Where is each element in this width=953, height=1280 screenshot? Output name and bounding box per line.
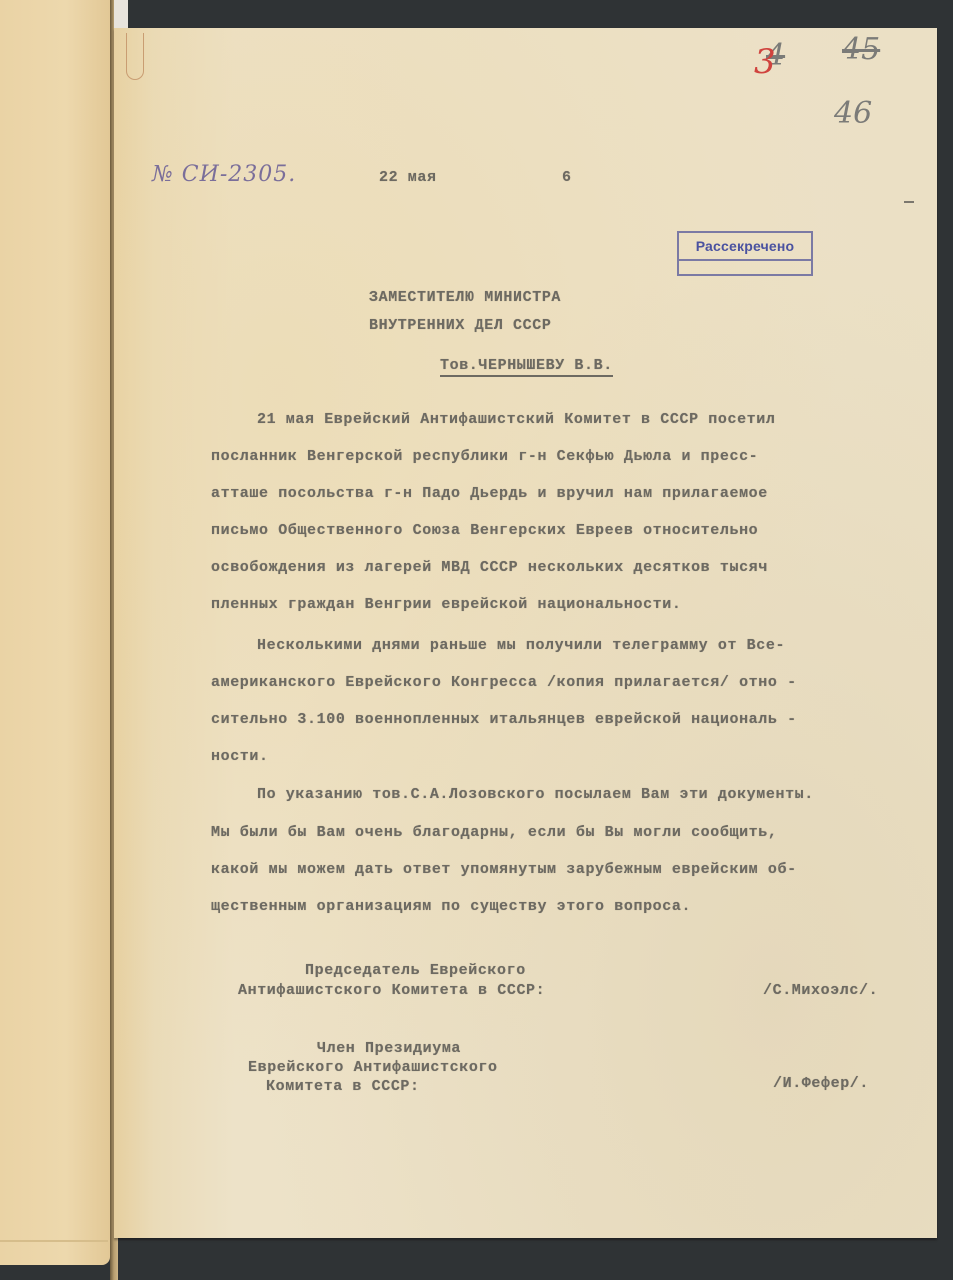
body-line: щественным организациям по существу этог… — [211, 898, 691, 915]
addressee-line-1: ЗАМЕСТИТЕЛЮ МИНИСТРА — [369, 289, 561, 306]
signatory-name: /И.Фефер/. — [773, 1075, 869, 1092]
document-date: 22 мая — [379, 169, 437, 186]
scanned-archive-page: 4 3 45 46 № СИ-2305. 22 мая 6 Рассекрече… — [0, 0, 953, 1280]
body-line: письмо Общественного Союза Венгерских Ев… — [211, 522, 758, 539]
reference-number: № СИ-2305. — [152, 162, 296, 187]
signatory-title-line: Комитета в СССР: — [266, 1078, 420, 1095]
body-line: ности. — [211, 748, 269, 765]
stamp-label: Рассекречено — [679, 233, 811, 261]
signatory-title-line: Еврейского Антифашистского — [248, 1059, 498, 1076]
signatory-title-line: Антифашистского Комитета в СССР: — [238, 982, 545, 999]
declassified-stamp: Рассекречено — [677, 231, 813, 276]
stamp-blank-field — [679, 261, 811, 276]
addressee-line-2: ВНУТРЕННИХ ДЕЛ СССР — [369, 317, 551, 334]
binder-clip — [114, 0, 128, 30]
body-line: посланник Венгерской республики г-н Секф… — [211, 448, 758, 465]
red-pencil-folio-number: 3 — [754, 42, 776, 82]
signatory-name: /С.Михоэлс/. — [763, 982, 878, 999]
body-line: Несколькими днями раньше мы получили тел… — [257, 637, 785, 654]
folio-page-number: 46 — [834, 96, 872, 131]
binding-thread — [126, 33, 144, 80]
body-line: пленных граждан Венгрии еврейской национ… — [211, 596, 681, 613]
document-sheet: 4 3 45 46 № СИ-2305. 22 мая 6 Рассекрече… — [114, 28, 937, 1238]
body-line: 21 мая Еврейский Антифашистский Комитет … — [257, 411, 775, 428]
signatory-title-line: Председатель Еврейского — [305, 962, 526, 979]
margin-mark — [904, 201, 914, 203]
body-line: атташе посольства г-н Падо Дьердь и вруч… — [211, 485, 768, 502]
sheet-edge-line — [0, 1240, 108, 1242]
body-line: американского Еврейского Конгресса /копи… — [211, 674, 797, 691]
body-line: освобождения из лагерей МВД СССР несколь… — [211, 559, 768, 576]
document-year-digit: 6 — [562, 169, 572, 186]
body-line: По указанию тов.С.А.Лозовского посылаем … — [257, 786, 814, 803]
body-line: какой мы можем дать ответ упомянутым зар… — [211, 861, 797, 878]
body-line: Мы были бы Вам очень благодарны, если бы… — [211, 824, 778, 841]
struck-folio-number-2: 45 — [842, 32, 880, 67]
signatory-title-line: Член Президиума — [317, 1040, 461, 1057]
previous-sheet-edge — [0, 0, 110, 1265]
addressee-name: Тов.ЧЕРНЫШЕВУ В.В. — [440, 357, 613, 377]
body-line: сительно 3.100 военнопленных итальянцев … — [211, 711, 797, 728]
